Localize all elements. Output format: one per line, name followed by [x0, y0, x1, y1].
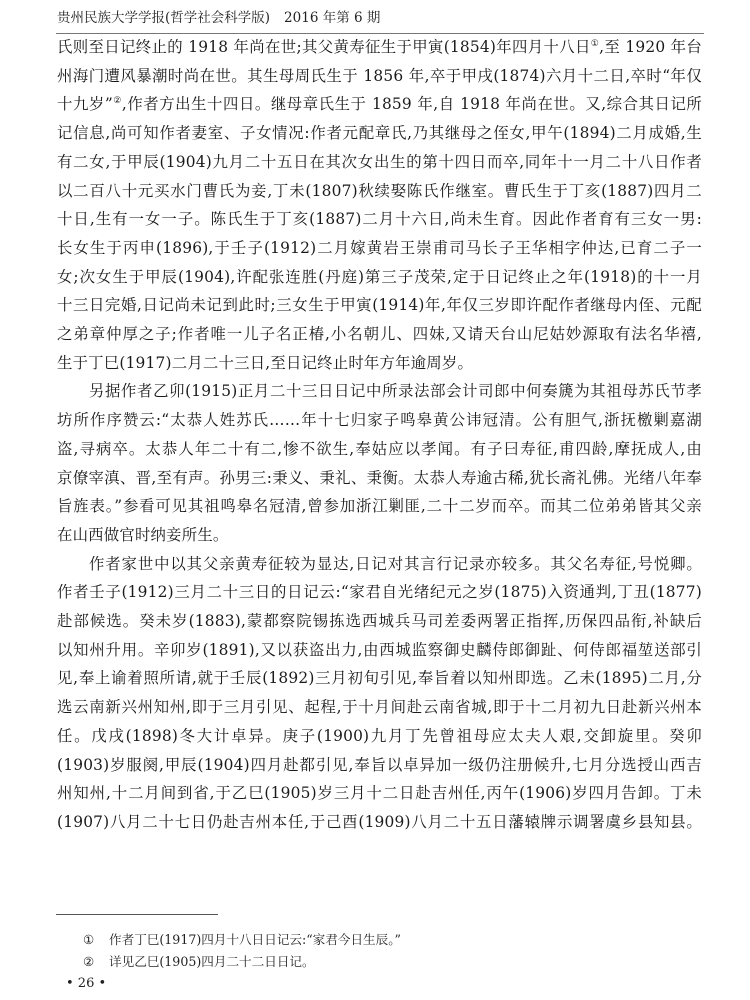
- text-line: 州海门遭风暴潮时尚在世。其生母周氏生于 1856 年,卒于甲戌(1874)六月十…: [57, 63, 702, 89]
- text-line: 有二女,于甲辰(1904)九月二十五日在其次女出生的第十四日而卒,同年十一月二十…: [57, 149, 702, 175]
- text-line: 赴部候选。癸未岁(1883),蒙都察院锡拣选西城兵马司差委两署正指挥,历保四品衔…: [57, 608, 702, 634]
- text-line: (1907)八月二十七日仍赴吉州本任,于己酉(1909)八月二十五日藩辕牌示调署…: [57, 809, 702, 835]
- text-line: 另据作者乙卯(1915)正月二十三日日记中所录法部会计司郎中何奏篪为其祖母苏氏节…: [89, 378, 702, 404]
- footnote-ref-1[interactable]: ①: [591, 39, 599, 49]
- text-line: 坊所作序赞云:“太恭人姓苏氏……年十七归家子鸣皋黄公讳冠清。公有胆气,浙抚檄剿嘉…: [57, 407, 702, 433]
- text-line: 十九岁”②,作者方出生十四日。继母章氏生于 1859 年,自 1918 年尚在世…: [57, 91, 702, 117]
- running-header: 贵州民族大学学报(哲学社会科学版)2016 年第 6 期: [57, 8, 707, 28]
- text-line: 长女生于丙申(1896),于壬子(1912)二月嫁黄岩王崇甫司马长子王华相字仲达…: [57, 235, 702, 261]
- text-line: 女;次女生于甲辰(1904),许配张连胜(丹庭)第三子茂荣,定于日记终止之年(1…: [57, 264, 702, 290]
- footnote-separator: [56, 914, 218, 915]
- text-line: 京僚宰滇、晋,至有声。孙男三:秉义、秉礼、秉衡。太恭人寿逾古稀,犹长斋礼佛。光绪…: [57, 465, 702, 491]
- text-line: 十日,生有一女一子。陈氏生于丁亥(1887)二月十六日,尚未生育。因此作者育有三…: [57, 206, 702, 232]
- text-line: 十三日完婚,日记尚未记到此时;三女生于甲寅(1914)年,年仅三岁即许配作者继母…: [57, 292, 702, 318]
- footnote-mark: ②: [83, 952, 109, 972]
- issue-label: 2016 年第 6 期: [284, 10, 380, 26]
- text-line: 作者家世中以其父亲黄寿征较为显达,日记对其言行记录亦较多。其父名寿征,号悦卿。: [89, 551, 702, 577]
- footnote-2: ②详见乙巳(1905)四月二十二日日记。: [83, 952, 315, 972]
- text-line: 盗,寻病卒。太恭人年二十有二,惨不欲生,奉姑应以孝闻。有子曰寿征,甫四龄,摩抚成…: [57, 436, 702, 462]
- journal-title: 贵州民族大学学报(哲学社会科学版): [57, 10, 270, 26]
- page-number: • 26 •: [66, 974, 106, 994]
- footnote-mark: ①: [83, 930, 109, 950]
- text-line: 选云南新兴州知州,即于三月引见、起程,于十月间赴云南省城,即于十二月初九日赴新兴…: [57, 694, 702, 720]
- text-line: 生于丁巳(1917)二月二十三日,至日记终止时年方年逾周岁。: [57, 350, 702, 376]
- footnote-1: ①作者丁巳(1917)四月十八日日记云:“家君今日生辰。”: [83, 930, 401, 950]
- footnote-text: 作者丁巳(1917)四月十八日日记云:“家君今日生辰。”: [109, 932, 401, 947]
- text-line: 记信息,尚可知作者妻室、子女情况:作者元配章氏,乃其继母之侄女,甲午(1894)…: [57, 120, 702, 146]
- text-line: 以知州升用。辛卯岁(1891),又以获盗出力,由西城监察御史麟侍郎御趾、何侍郎福…: [57, 637, 702, 663]
- text-line: 以二百八十元买水门曹氏为妾,丁未(1807)秋续娶陈氏作继室。曹氏生于丁亥(18…: [57, 178, 702, 204]
- text-line: 任。戊戌(1898)冬大计卓异。庚子(1900)九月丁先曾祖母应太夫人艰,交卸旋…: [57, 723, 702, 749]
- text-line: 旨旌表。”参看可见其祖鸣皋名冠清,曾参加浙江剿匪,二十二岁而卒。而其二位弟弟皆其…: [57, 493, 702, 519]
- footnote-ref-2[interactable]: ②: [113, 96, 122, 106]
- text-line: 见,奉上谕着照所请,就于壬辰(1892)三月初旬引见,奉旨着以知州即选。乙未(1…: [57, 665, 702, 691]
- text-line: 作者壬子(1912)三月二十三日的日记云:“家君自光绪纪元之岁(1875)入资通…: [57, 579, 702, 605]
- text-line: 氏则至日记终止的 1918 年尚在世;其父黄寿征生于甲寅(1854)年四月十八日…: [57, 34, 702, 60]
- text-line: 州知州,十二月间到省,于乙巳(1905)岁三月十二日赴吉州任,丙午(1906)岁…: [57, 780, 702, 806]
- text-line: (1903)岁服阕,甲辰(1904)四月赴都引见,奉旨以卓异加一级仍注册候升,七…: [57, 752, 702, 778]
- footnote-text: 详见乙巳(1905)四月二十二日日记。: [109, 954, 315, 969]
- text-line: 在山西做官时纳妾所生。: [57, 522, 702, 548]
- text-line: 之弟章仲厚之子;作者唯一儿子名正椿,小名朝儿、四妹,又请天台山尼姑妙源取有法名华…: [57, 321, 702, 347]
